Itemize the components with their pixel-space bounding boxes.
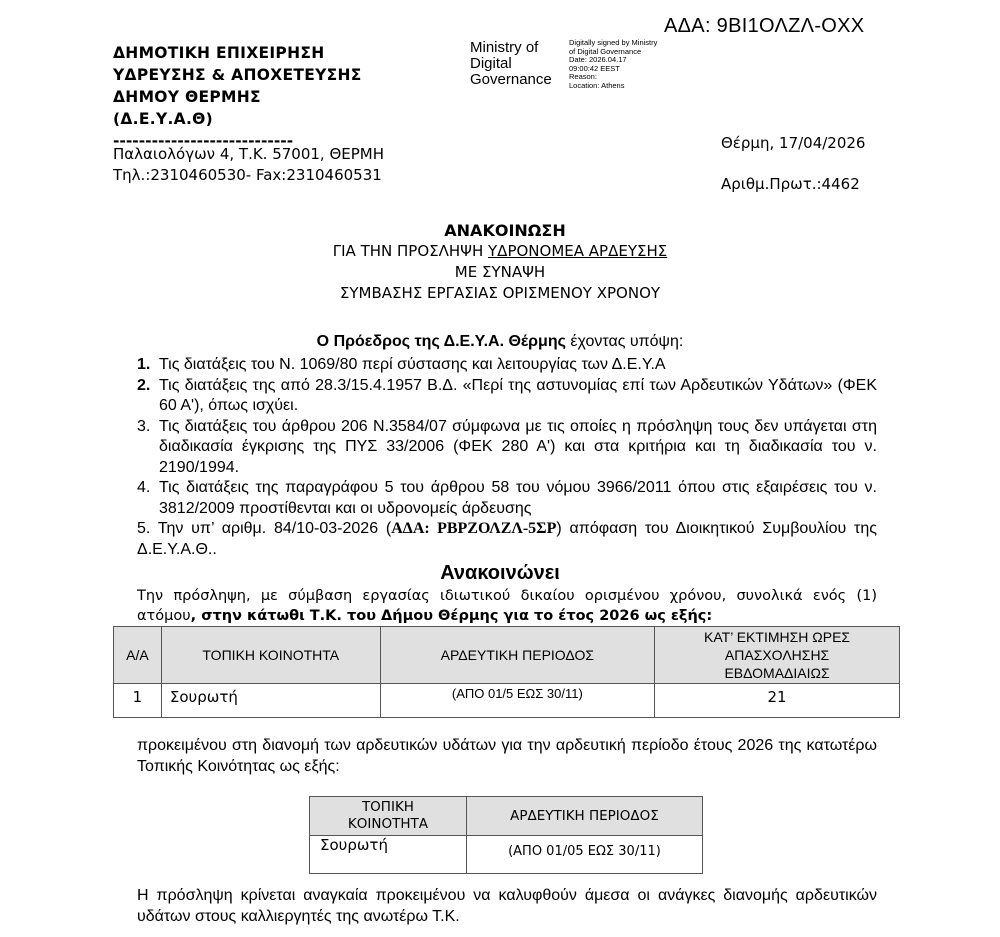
preamble: Ο Πρόεδρος της Δ.Ε.Υ.Α. Θέρμης έχοντας υ… [0,333,1000,351]
column-header: ΚΑΤ’ ΕΚΤΙΜΗΣΗ ΩΡΕΣ ΑΠΑΣΧΟΛΗΣΗΣ ΕΒΔΟΜΑΔΙΑ… [655,627,900,684]
organization-name: ΔΗΜΟΤΙΚΗ ΕΠΙΧΕΙΡΗΣΗ ΥΔΡΕΥΣΗΣ & ΑΠΟΧΕΤΕΥΣ… [113,42,362,152]
preamble-rest: έχοντας υπόψη: [566,333,683,350]
announce-heading: Ανακοινώνει [0,562,1000,585]
protocol-number: Αριθμ.Πρωτ.:4462 [721,175,860,193]
org-line: ΥΔΡΕΥΣΗΣ & ΑΠΟΧΕΤΕΥΣΗΣ [113,64,362,86]
list-text: Τις διατάξεις της από 28.3/15.4.1957 Β.Δ… [159,377,877,415]
decision-ada: ΑΔΑ: ΡΒΡΖΟΛΖΛ-5ΣΡ [391,520,556,537]
table-cell: (ΑΠΟ 01/5 ΕΩΣ 30/11) [380,684,655,718]
table-header-row: Α/Α ΤΟΠΙΚΗ ΚΟΙΝΟΤΗΤΑ ΑΡΔΕΥΤΙΚΗ ΠΕΡΙΟΔΟΣ … [114,627,900,684]
list-number: 5. [137,520,150,537]
period-table: ΤΟΠΙΚΗ ΚΟΙΝΟΤΗΤΑ ΑΡΔΕΥΤΙΚΗ ΠΕΡΙΟΔΟΣ Σουρ… [309,796,703,874]
table-cell: (ΑΠΟ 01/05 ΕΩΣ 30/11) [466,836,702,874]
column-header: ΑΡΔΕΥΤΙΚΗ ΠΕΡΙΟΔΟΣ [466,797,702,836]
address: Παλαιολόγων 4, Τ.Κ. 57001, ΘΕΡΜΗ [113,144,384,165]
justification-paragraph: Η πρόσληψη κρίνεται αναγκαία προκειμένου… [137,885,877,927]
column-header: Α/Α [114,627,162,684]
preamble-subject: Ο Πρόεδρος της Δ.Ε.Υ.Α. Θέρμης [317,333,566,350]
org-line: (Δ.Ε.Υ.Α.Θ) [113,108,362,130]
phone-fax: Τηλ.:2310460530- Fax:2310460531 [113,165,384,186]
list-number: 2. [137,376,150,397]
ministry-line: Ministry of [470,40,552,56]
list-item: 2. Τις διατάξεις της από 28.3/15.4.1957 … [137,376,877,417]
table-row: 1 Σουρωτή (ΑΠΟ 01/5 ΕΩΣ 30/11) 21 [114,684,900,718]
ministry-line: Governance [470,72,552,88]
paragraph-bold: , στην κάτωθι Τ.Κ. του Δήμου Θέρμης για … [191,608,713,624]
list-text: Την υπ’ αριθμ. 84/10-03-2026 ( [150,520,391,537]
list-text: Τις διατάξεις της παραγράφου 5 του άρθρο… [159,479,877,517]
title-line: ΓΙΑ ΤΗΝ ΠΡΟΣΛΗΨΗ ΥΔΡΟΝΟΜΕΑ ΑΡΔΕΥΣΗΣ [0,241,1000,262]
table-header-row: ΤΟΠΙΚΗ ΚΟΙΝΟΤΗΤΑ ΑΡΔΕΥΤΙΚΗ ΠΕΡΙΟΔΟΣ [310,797,703,836]
positions-table: Α/Α ΤΟΠΙΚΗ ΚΟΙΝΟΤΗΤΑ ΑΡΔΕΥΤΙΚΗ ΠΕΡΙΟΔΟΣ … [113,626,900,718]
contact-info: Παλαιολόγων 4, Τ.Κ. 57001, ΘΕΡΜΗ Τηλ.:23… [113,144,384,186]
hiring-paragraph: Την πρόσληψη, με σύμβαση εργασίας ιδιωτι… [137,586,877,626]
column-header: ΤΟΠΙΚΗ ΚΟΙΝΟΤΗΤΑ [310,797,467,836]
title-position: ΥΔΡΟΝΟΜΕΑ ΑΡΔΕΥΣΗΣ [488,242,667,260]
list-item: 1. Τις διατάξεις του Ν. 1069/80 περί σύσ… [137,355,877,376]
title-prefix: ΓΙΑ ΤΗΝ ΠΡΟΣΛΗΨΗ [333,242,488,260]
list-item: 5. Την υπ’ αριθμ. 84/10-03-2026 (ΑΔΑ: ΡΒ… [137,519,877,560]
title-line: ΣΥΜΒΑΣΗΣ ΕΡΓΑΣΙΑΣ ΟΡΙΣΜΕΝΟΥ ΧΡΟΝΟΥ [0,283,1000,304]
list-text: Τις διατάξεις του άρθρου 206 Ν.3584/07 σ… [159,418,877,476]
table-row: Σουρωτή (ΑΠΟ 01/05 ΕΩΣ 30/11) [310,836,703,874]
org-line: ΔΗΜΟΤΙΚΗ ΕΠΙΧΕΙΡΗΣΗ [113,42,362,64]
title-line: ΜΕ ΣΥΝΑΨΗ [0,262,1000,283]
table-cell: Σουρωτή [310,836,467,874]
column-header: ΤΟΠΙΚΗ ΚΟΙΝΟΤΗΤΑ [161,627,380,684]
signature-line: Location: Athens [569,82,657,91]
document-title: ΑΝΑΚΟΙΝΩΣΗ ΓΙΑ ΤΗΝ ΠΡΟΣΛΗΨΗ ΥΔΡΟΝΟΜΕΑ ΑΡ… [0,220,1000,304]
ministry-line: Digital [470,56,552,72]
list-number: 1. [137,355,150,376]
title-heading: ΑΝΑΚΟΙΝΩΣΗ [0,220,1000,241]
table-cell: 1 [114,684,162,718]
considerations-list: 1. Τις διατάξεις του Ν. 1069/80 περί σύσ… [137,355,877,560]
org-line: ΔΗΜΟΥ ΘΕΡΜΗΣ [113,86,362,108]
ada-code: ΑΔΑ: 9ΒΙ1ΟΛΖΛ-ΟΧΧ [664,15,864,38]
table-cell: 21 [655,684,900,718]
document-date: Θέρμη, 17/04/2026 [721,134,865,152]
list-number: 4. [137,478,150,499]
list-item: 4. Τις διατάξεις της παραγράφου 5 του άρ… [137,478,877,519]
distribution-paragraph: προκειμένου στη διανομή των αρδευτικών υ… [137,736,877,777]
ministry-stamp: Ministry of Digital Governance [470,40,552,88]
list-item: 3. Τις διατάξεις του άρθρου 206 Ν.3584/0… [137,417,877,479]
table-cell: Σουρωτή [161,684,380,718]
list-number: 3. [137,417,150,438]
list-text: Τις διατάξεις του Ν. 1069/80 περί σύστασ… [159,356,666,373]
signature-details: Digitally signed by Ministry of Digital … [569,39,657,90]
column-header: ΑΡΔΕΥΤΙΚΗ ΠΕΡΙΟΔΟΣ [380,627,655,684]
